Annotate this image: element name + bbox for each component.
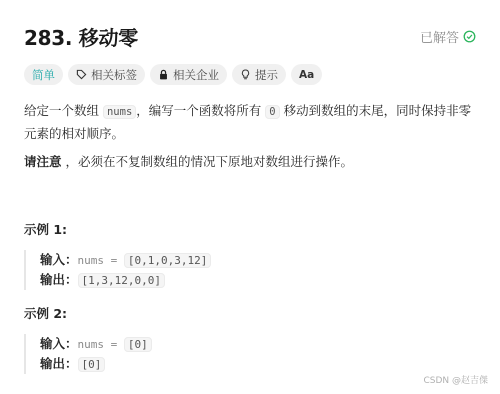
note-text: ，必须在不复制数组的情况下原地对数组进行操作。 (62, 154, 353, 169)
related-tags-label: 相关标签 (91, 67, 137, 83)
tag-bar: 简单 相关标签 相关企业 提示 Aa (24, 64, 322, 85)
inline-code-nums: nums (103, 105, 136, 119)
desc-text: ，编写一个函数将所有 (136, 103, 265, 118)
output-value: [1,3,12,0,0] (78, 273, 165, 288)
output-label: 输出： (40, 356, 78, 371)
input-var: nums = (78, 254, 124, 267)
example-output-line: 输出：[0] (40, 354, 152, 374)
output-value: [0] (78, 357, 106, 372)
input-value: [0,1,0,3,12] (124, 253, 211, 268)
difficulty-badge[interactable]: 简单 (24, 64, 63, 85)
hint-label: 提示 (255, 67, 278, 83)
related-companies-label: 相关企业 (173, 67, 219, 83)
example-output-line: 输出：[1,3,12,0,0] (40, 270, 211, 290)
input-value: [0] (124, 337, 152, 352)
translate-icon: Aa (299, 69, 314, 81)
problem-description: 给定一个数组 nums，编写一个函数将所有 0 移动到数组的末尾，同时保持非零元… (24, 100, 476, 144)
input-label: 输入： (40, 336, 78, 351)
translate-button[interactable]: Aa (291, 64, 322, 85)
tag-icon (76, 69, 87, 80)
note-bold: 请注意 (24, 154, 62, 169)
check-circle-icon (463, 30, 476, 43)
example-1-title: 示例 1: (24, 220, 67, 238)
hint-button[interactable]: 提示 (232, 64, 286, 85)
problem-title: 283. 移动零 (24, 22, 138, 51)
related-tags-button[interactable]: 相关标签 (68, 64, 145, 85)
lightbulb-icon (240, 69, 251, 80)
watermark: CSDN @赵吉傑 (423, 373, 488, 386)
input-label: 输入： (40, 252, 78, 267)
lock-icon (158, 69, 169, 80)
output-label: 输出： (40, 272, 78, 287)
inline-code-zero: 0 (265, 105, 279, 119)
input-var: nums = (78, 338, 124, 351)
example-input-line: 输入：nums = [0,1,0,3,12] (40, 250, 211, 270)
solved-status: 已解答 (420, 27, 476, 46)
example-1-block: 输入：nums = [0,1,0,3,12] 输出：[1,3,12,0,0] (24, 250, 211, 290)
example-input-line: 输入：nums = [0] (40, 334, 152, 354)
difficulty-label: 简单 (32, 67, 55, 83)
related-companies-button[interactable]: 相关企业 (150, 64, 227, 85)
desc-text: 给定一个数组 (24, 103, 103, 118)
example-2-block: 输入：nums = [0] 输出：[0] (24, 334, 152, 374)
note-paragraph: 请注意 ，必须在不复制数组的情况下原地对数组进行操作。 (24, 152, 353, 170)
solved-label: 已解答 (420, 27, 459, 46)
example-2-title: 示例 2: (24, 304, 67, 322)
